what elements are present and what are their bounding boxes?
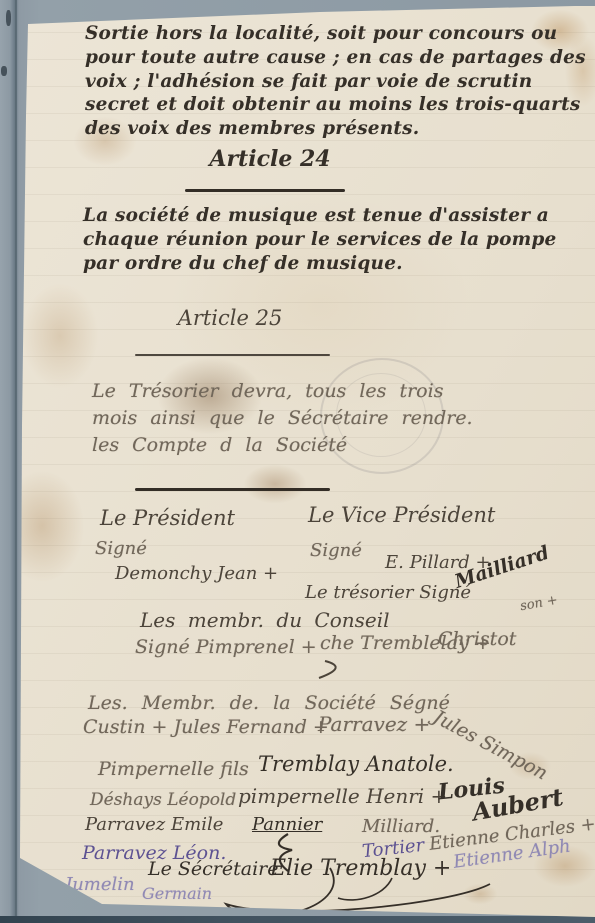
treasurer-label: Le trésorier Signé — [305, 582, 471, 603]
society-members-heading: Les. Membr. de. la Société Ségné — [88, 692, 450, 714]
paragraph-article-24: La société de musique est tenue d'assist… — [83, 204, 557, 275]
tremblay-descender-flourish — [338, 878, 392, 900]
signature-custin-jules: Custin + Jules Fernand + — [83, 716, 329, 738]
article-25-heading: Article 25 — [130, 306, 330, 330]
manuscript-page-photo: { "page": { "description": "Page manuscr… — [0, 0, 595, 923]
treasurer-mark: son + — [519, 593, 559, 614]
paragraph-line: secret et doit obtenir au moins les troi… — [85, 93, 586, 117]
article-25-underline — [135, 354, 330, 356]
binding-pin-top — [6, 10, 11, 26]
signature-pannier: Pannier — [252, 814, 322, 835]
paragraph-line: pour toute autre cause ; en cas de parta… — [85, 46, 586, 70]
paragraph-line: les Compte d la Société — [92, 432, 473, 459]
ink-flourishes — [20, 6, 595, 917]
paragraph-line: Sortie hors la localité, soit pour conco… — [85, 22, 586, 46]
treasurer-signature: Mailliard — [452, 542, 552, 593]
president-title: Le Président — [100, 506, 235, 530]
paragraph-line: des voix des membres présents. — [85, 117, 586, 141]
paragraph-line: par ordre du chef de musique. — [83, 252, 557, 276]
signature-germain: Germain — [142, 884, 212, 903]
signature-pimpernelle-fils: Pimpernelle fils — [98, 758, 249, 780]
signe-label-vice: Signé — [310, 540, 362, 561]
article-24-underline — [185, 189, 345, 192]
article-24-heading: Article 24 — [170, 146, 370, 172]
secretary-label: Le Sécrétaire — [148, 858, 279, 880]
council-signe-pimprenel: Signé Pimprenel + — [135, 636, 317, 658]
paragraph-line: Le Trésorier devra, tous les trois — [92, 378, 473, 405]
signature-deshays-leopold: Déshays Léopold — [90, 790, 236, 810]
signature-tremblay-anatole: Tremblay Anatole. — [258, 752, 454, 776]
vice-president-title: Le Vice Président — [308, 503, 495, 527]
paragraph-line: voix ; l'adhésion se fait par voie de sc… — [85, 70, 586, 94]
council-signature-christot: Christot — [438, 628, 516, 650]
signature-jumelin: Jumelin — [65, 874, 135, 895]
secretary-signature-elie-tremblay: Elie Tremblay + — [270, 856, 451, 881]
signature-parravez-emile: Parravez Emile — [85, 814, 223, 835]
council-members-label: Les membr. du Conseil — [140, 608, 390, 632]
signature-parravez: Parravez + — [318, 712, 430, 736]
binding-pin-lower — [1, 66, 7, 76]
binding-edge-line — [15, 0, 17, 923]
president-signature: Demonchy Jean + — [115, 563, 278, 584]
paragraph-article-25: Le Trésorier devra, tous les trois mois … — [92, 378, 473, 459]
paragraph-line: La société de musique est tenue d'assist… — [83, 204, 557, 228]
signature-section-rule — [135, 488, 330, 491]
book-cover-bottom-edge — [0, 916, 595, 923]
signe-label-president: Signé — [95, 538, 147, 559]
signature-pimpernelle-henri: pimpernelle Henri + — [238, 784, 447, 808]
manuscript-paper: Sortie hors la localité, soit pour conco… — [20, 6, 595, 917]
flourish-under-pimprenel — [319, 661, 336, 678]
paragraph-line: mois ainsi que le Sécrétaire rendre. — [92, 405, 473, 432]
paragraph-sortie: Sortie hors la localité, soit pour conco… — [85, 22, 586, 141]
paragraph-line: chaque réunion pour le services de la po… — [83, 228, 557, 252]
